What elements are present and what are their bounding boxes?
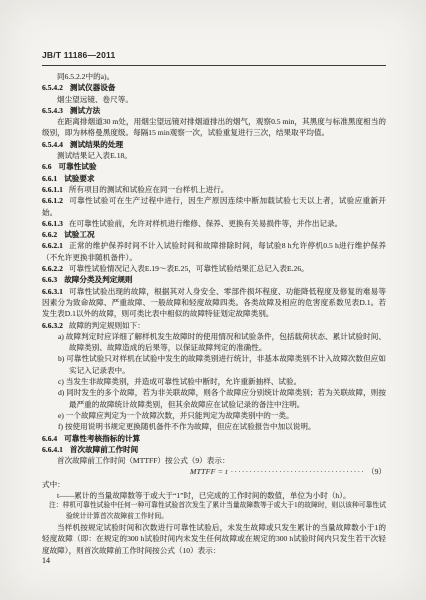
clause-heading: 6.5.4.3测试方法 bbox=[42, 105, 386, 116]
equation-number: （9） bbox=[367, 466, 386, 477]
clause-number: 6.6.2.1 bbox=[42, 241, 63, 250]
clause-heading: 6.6.4.1首次故障前工作时间 bbox=[42, 444, 386, 455]
note: 注：样机可靠性试验中任何一种可靠性试验首次发生了累计当量故障数等于或大于1的故障… bbox=[42, 501, 386, 522]
clause-paragraph: 6.6.2.1正常的维护保养时间不计入试验时间和故障排除时间，每试验8 h允许停… bbox=[42, 240, 386, 263]
page-content: 同6.5.2.2中的a)。 6.5.4.2测试仪器设备 烟尘望远镜、卷尺等。 6… bbox=[42, 71, 386, 556]
clause-paragraph: 6.6.2.2可靠性试验情况记入表E.19～表E.25，可靠性试验结果汇总记入表… bbox=[42, 263, 386, 274]
list-item: d) 同时发生的多个故障，若为非关联故障，则各个故障应分别统计故障类别；若为关联… bbox=[42, 387, 386, 410]
clause-text: 可靠性试验出现的故障，根据其对人身安全、零部件损坏程度、功能降低程度及修复的难易… bbox=[42, 287, 386, 319]
clause-heading: 6.6.1试验要求 bbox=[42, 173, 386, 184]
paragraph: 同6.5.2.2中的a)。 bbox=[42, 71, 386, 82]
document-page: JB/T 11186—2011 同6.5.2.2中的a)。 6.5.4.2测试仪… bbox=[0, 0, 426, 600]
where-label: 式中： bbox=[42, 479, 386, 490]
clause-title: 可靠性考核指标的计算 bbox=[64, 434, 140, 443]
formula: MTTFF = t （9） bbox=[42, 466, 386, 478]
clause-number: 6.6.1.2 bbox=[42, 196, 63, 205]
clause-number: 6.5.4.2 bbox=[42, 83, 63, 92]
clause-title: 试验工况 bbox=[64, 230, 94, 239]
clause-title: 故障分类及判定规则 bbox=[64, 275, 132, 284]
clause-number: 6.6.3 bbox=[42, 275, 57, 284]
clause-heading: 6.6可靠性试验 bbox=[42, 161, 386, 172]
paragraph: 首次故障前工作时间（MTTFF）按公式（9）表示： bbox=[42, 455, 386, 466]
paragraph: 当样机按规定试验时间和次数进行可靠性试验后，未发生故障或只发生累计的当量故障数小… bbox=[42, 522, 386, 556]
clause-number: 6.5.4.3 bbox=[42, 106, 63, 115]
paragraph: 在距离排烟道30 m处，用烟尘望远镜对排烟道排出的烟气，观察0.5 min，其黑… bbox=[42, 116, 386, 139]
clause-heading: 6.5.4.4测试结果的处理 bbox=[42, 139, 386, 150]
variable-definition: t——累计的当量故障数等于或大于“1”时，已完成的工作时间的数值，单位为小时（h… bbox=[42, 490, 386, 501]
list-item: c) 当发生非故障类别，并造成可靠性试验中断时，允许重新抽样、试验。 bbox=[42, 376, 386, 387]
clause-title: 可靠性试验 bbox=[59, 162, 97, 171]
clause-number: 6.6.4.1 bbox=[42, 445, 63, 454]
clause-number: 6.6.1.1 bbox=[42, 185, 63, 194]
clause-text: 在可靠性试验前，允许对样机进行维修、保养、更换有关易损件等，并作出记录。 bbox=[69, 219, 342, 228]
clause-title: 测试方法 bbox=[70, 106, 100, 115]
paragraph: 测试结果记入表E.18。 bbox=[42, 150, 386, 161]
clause-number: 6.6.3.1 bbox=[42, 287, 63, 296]
paragraph: 烟尘望远镜、卷尺等。 bbox=[42, 94, 386, 105]
clause-number: 6.6.4 bbox=[42, 434, 57, 443]
page-number: 14 bbox=[42, 556, 50, 565]
clause-text: 所有项目的测试和试验应在同一台样机上进行。 bbox=[69, 185, 228, 194]
clause-number: 6.6.2.2 bbox=[42, 264, 63, 273]
clause-number: 6.6.2 bbox=[42, 230, 57, 239]
clause-paragraph: 6.6.1.2可靠性试验可在生产过程中进行，因生产原因连续中断加载试验七天以上者… bbox=[42, 195, 386, 218]
header-rule bbox=[42, 65, 386, 66]
clause-heading: 6.6.4可靠性考核指标的计算 bbox=[42, 433, 386, 444]
clause-paragraph: 6.6.1.1所有项目的测试和试验应在同一台样机上进行。 bbox=[42, 184, 386, 195]
clause-paragraph: 6.6.3.2故障的判定规则如下： bbox=[42, 320, 386, 331]
clause-title: 首次故障前工作时间 bbox=[70, 445, 138, 454]
clause-text: 故障的判定规则如下： bbox=[69, 321, 145, 330]
clause-heading: 6.6.3故障分类及判定规则 bbox=[42, 274, 386, 285]
list-item: f) 按使用说明书规定更换随机备件不作为故障，但应在试验报告中加以说明。 bbox=[42, 421, 386, 432]
clause-paragraph: 6.6.1.3在可靠性试验前，允许对样机进行维修、保养、更换有关易损件等，并作出… bbox=[42, 218, 386, 229]
clause-title: 测试结果的处理 bbox=[70, 140, 123, 149]
clause-paragraph: 6.6.3.1可靠性试验出现的故障，根据其对人身安全、零部件损坏程度、功能降低程… bbox=[42, 286, 386, 320]
clause-heading: 6.6.2试验工况 bbox=[42, 229, 386, 240]
clause-number: 6.6 bbox=[42, 162, 52, 171]
clause-title: 试验要求 bbox=[64, 174, 94, 183]
formula-expression: MTTFF = t bbox=[190, 466, 228, 477]
clause-heading: 6.5.4.2测试仪器设备 bbox=[42, 82, 386, 93]
standard-number-header: JB/T 11186—2011 bbox=[42, 50, 115, 60]
clause-number: 6.5.4.4 bbox=[42, 140, 63, 149]
dotted-leader bbox=[231, 466, 364, 478]
list-item: e) 一个故障应判定为一个故障次数，并只能判定为故障类别中的一类。 bbox=[42, 410, 386, 421]
clause-text: 可靠性试验可在生产过程中进行，因生产原因连续中断加载试验七天以上者，试验应重新开… bbox=[42, 196, 386, 216]
clause-number: 6.6.1.3 bbox=[42, 219, 63, 228]
clause-text: 可靠性试验情况记入表E.19～表E.25，可靠性试验结果汇总记入表E.26。 bbox=[69, 264, 309, 273]
clause-number: 6.6.1 bbox=[42, 174, 57, 183]
list-item: b) 可靠性试验只对样机在试验中发生的故障类别进行统计，非基本故障类别不计入故障… bbox=[42, 353, 386, 376]
clause-title: 测试仪器设备 bbox=[70, 83, 116, 92]
clause-text: 正常的维护保养时间不计入试验时间和故障排除时间，每试验8 h允许停机0.5 h进… bbox=[42, 241, 386, 261]
list-item: a) 故障判定时应详细了解样机发生故障时的使用情况和试验条件，包括载荷状态、累计… bbox=[42, 331, 386, 354]
clause-number: 6.6.3.2 bbox=[42, 321, 63, 330]
